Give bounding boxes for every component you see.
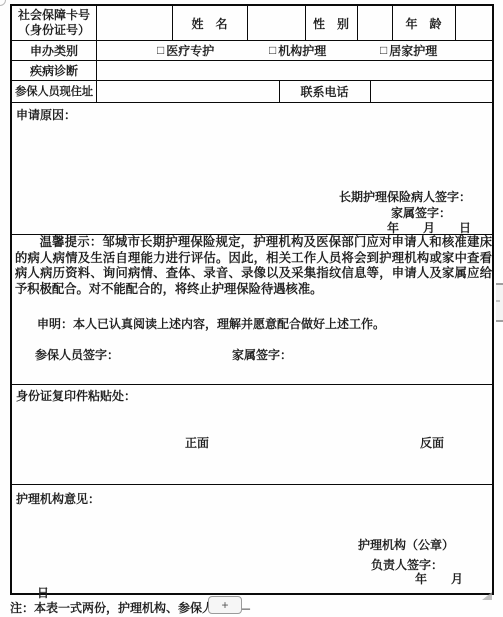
form-table: 社会保障卡号 （身份证号） 姓 名 性 别 年 龄 申办类别 □ 医疗专护 □ …	[10, 4, 494, 595]
age-value-cell	[455, 6, 496, 40]
address-label: 参保人员现住址	[15, 83, 93, 99]
category-label-cell: 申办类别	[12, 40, 96, 60]
org-seal-label: 护理机构（公章）	[358, 536, 454, 553]
scrollbar-thumb[interactable]	[496, 283, 503, 322]
zoom-plus-button[interactable]: +	[208, 596, 242, 614]
reason-label: 申请原因：	[16, 106, 76, 123]
insured-signature-label: 参保人员签字：	[35, 346, 119, 363]
table-grid-line	[12, 384, 492, 385]
checkbox-icon: □	[157, 43, 164, 58]
name-value-cell	[247, 6, 305, 40]
id-back-label: 反面	[420, 434, 444, 451]
ssn-label-line1: 社会保障卡号	[18, 8, 90, 23]
diagnosis-value-cell	[96, 60, 496, 80]
checkbox-icon: □	[269, 43, 276, 58]
gender-label: 性 别	[313, 15, 349, 32]
phone-value-cell	[370, 80, 496, 102]
checkbox-option-institution-care[interactable]: □ 机构护理	[269, 40, 326, 60]
gender-value-cell	[357, 6, 392, 40]
category-options-cell: □ 医疗专护 □ 机构护理 □ 居家护理	[96, 40, 496, 60]
age-label-cell: 年 龄	[392, 6, 455, 40]
checkbox-icon: □	[380, 43, 387, 58]
patient-signature-label: 长期护理保险病人签字：	[339, 188, 471, 205]
age-label: 年 龄	[405, 15, 441, 32]
phone-label-cell: 联系电话	[279, 80, 370, 102]
corner-cursor-artifact	[0, 0, 6, 6]
resize-handle-icon[interactable]	[482, 592, 492, 600]
table-grid-line	[12, 484, 492, 485]
address-value-cell	[96, 80, 279, 102]
category-label: 申办类别	[30, 42, 78, 59]
ssn-label-line2: （身份证号）	[18, 23, 90, 38]
insurance-application-form-page: 社会保障卡号 （身份证号） 姓 名 性 别 年 龄 申办类别 □ 医疗专护 □ …	[0, 0, 503, 617]
checkbox-option-label: 机构护理	[278, 42, 326, 59]
name-label: 姓 名	[191, 15, 227, 32]
statement-text: 申明：本人已认真阅读上述内容，理解并愿意配合做好上述工作。	[37, 315, 385, 332]
id-copy-label: 身份证复印件粘贴处：	[16, 387, 136, 404]
name-label-cell: 姓 名	[172, 6, 247, 40]
ssn-label-cell: 社会保障卡号 （身份证号）	[12, 6, 96, 40]
table-grid-line	[12, 102, 492, 103]
diagnosis-label-cell: 疾病诊断	[12, 60, 96, 80]
address-label-cell: 参保人员现住址	[12, 80, 96, 102]
org-opinion-label: 护理机构意见：	[16, 490, 100, 507]
ssn-value-cell	[96, 6, 172, 40]
checkbox-option-label: 居家护理	[389, 42, 437, 59]
notice-paragraph: 温馨提示：邹城市长期护理保险规定，护理机构及医保部门应对申请人和核准建床的病人病…	[15, 235, 492, 298]
id-front-label: 正面	[185, 434, 209, 451]
checkbox-option-label: 医疗专护	[166, 42, 214, 59]
diagnosis-label: 疾病诊断	[30, 62, 78, 79]
phone-label: 联系电话	[300, 83, 348, 100]
org-date-ym-label: 年 月	[415, 570, 463, 587]
plus-icon: +	[221, 599, 228, 611]
gender-label-cell: 性 别	[305, 6, 357, 40]
date-label: 年 月 日	[387, 219, 471, 236]
family-signature2-label: 家属签字：	[232, 346, 292, 363]
checkbox-option-medical-care[interactable]: □ 医疗专护	[157, 40, 214, 60]
scrollbar-tick	[496, 300, 500, 302]
checkbox-option-home-care[interactable]: □ 居家护理	[380, 40, 437, 60]
